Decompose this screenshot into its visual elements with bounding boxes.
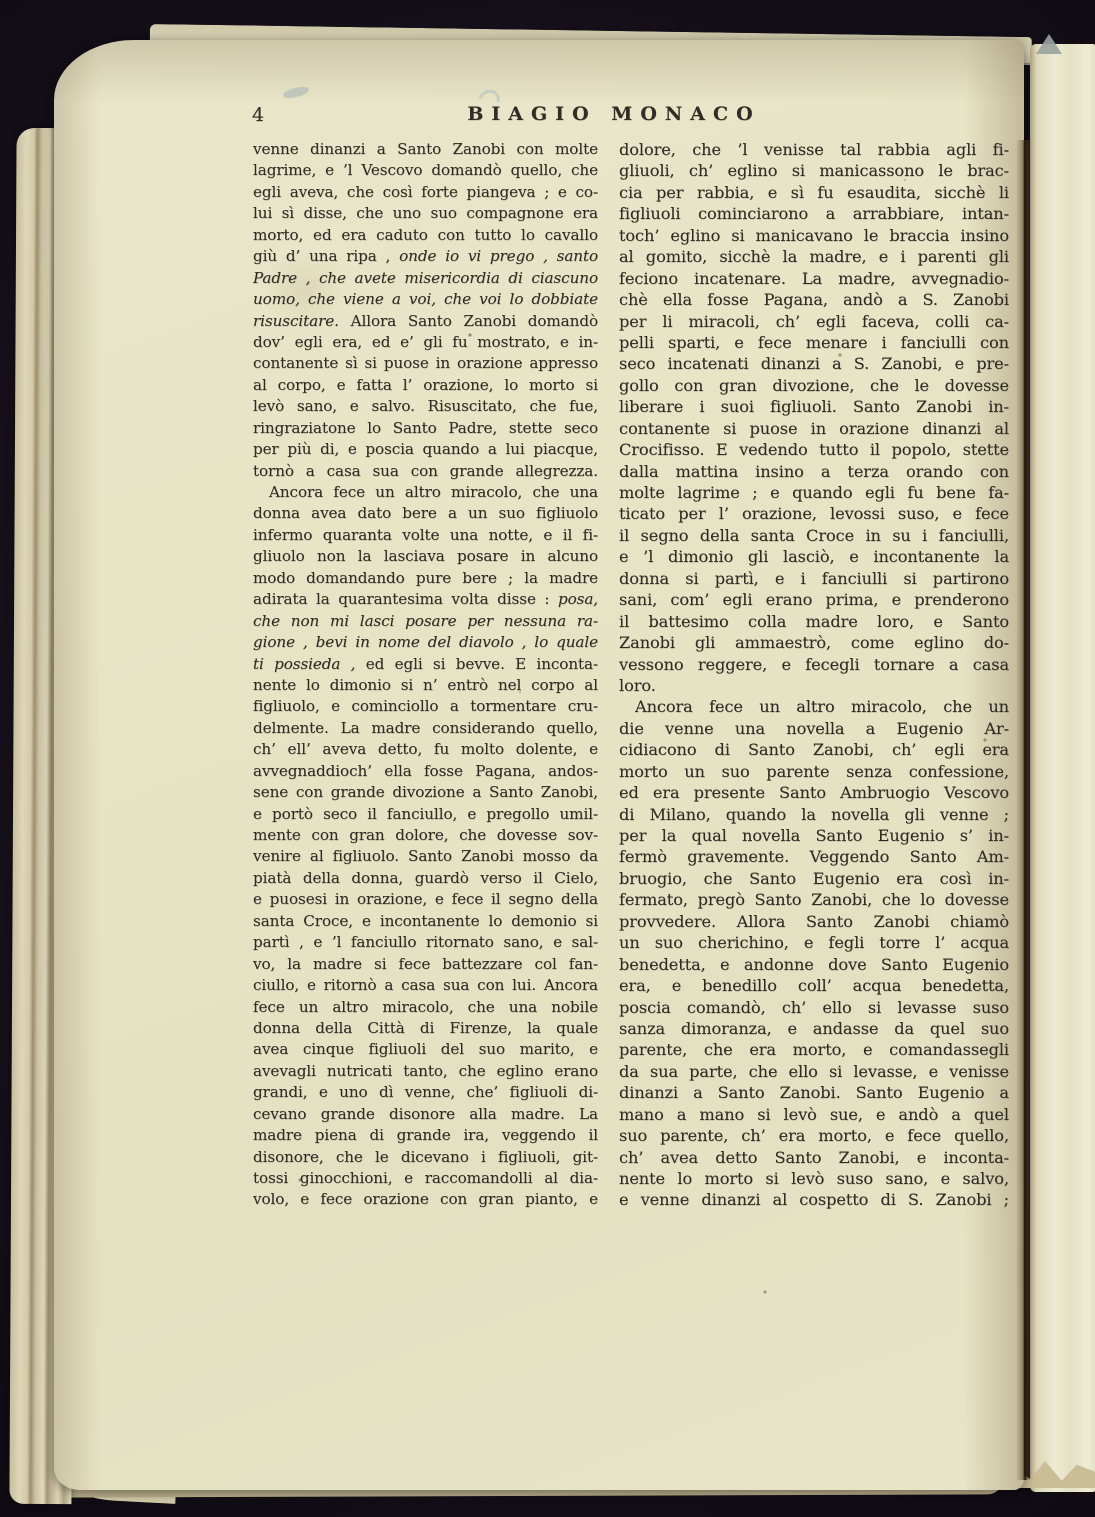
text-line: sanza dimoranza, e andasse da quel suo xyxy=(619,1018,1009,1039)
text-line: ed era presente Santo Ambruogio Vescovo xyxy=(619,782,1009,803)
text-line: provvedere. Allora Santo Zanobi chiamò xyxy=(619,911,1009,932)
text-line: sani, com’ egli erano prima, e prenderon… xyxy=(619,589,1009,610)
text-line: gliuoli, ch’ eglino si manicassono le br… xyxy=(619,160,1009,181)
text-line: nente lo dimonio si n’ entrò nel corpo a… xyxy=(253,675,598,696)
text-line: toch’ eglino si manicavano le braccia in… xyxy=(619,225,1009,246)
text-line: disonore, che le dicevano i figliuoli, g… xyxy=(253,1147,598,1168)
text-line: Crocifisso. E vedendo tutto il popolo, s… xyxy=(619,439,1009,460)
text-line: Ancora fece un altro miracolo, che una xyxy=(253,482,598,503)
text-line: al gomito, sicchè la madre, e i parenti … xyxy=(619,246,1009,267)
text-line: risuscitare. Allora Santo Zanobi domandò xyxy=(253,311,598,332)
text-line: Ancora fece un altro miracolo, che un xyxy=(619,696,1009,717)
text-line: di Milano, quando la novella gli venne ; xyxy=(619,804,1009,825)
text-line: benedetta, e andonne dove Santo Eugenio xyxy=(619,954,1009,975)
text-line: sene con grande divozione a Santo Zanobi… xyxy=(253,782,598,803)
text-line: figliuolo, e cominciollo a tormentare cr… xyxy=(253,696,598,717)
text-line: per la qual novella Santo Eugenio s’ in- xyxy=(619,825,1009,846)
text-line: avevagli nutricati tanto, che eglino era… xyxy=(253,1061,598,1082)
text-line: suo parente, ch’ era morto, e fece quell… xyxy=(619,1125,1009,1146)
text-line: dov’ egli era, ed e’ gli fu mostrato, e … xyxy=(253,332,598,353)
text-line: tossi ginocchioni, e raccomandolli al di… xyxy=(253,1168,598,1189)
text-line: madre piena di grande ira, veggendo il xyxy=(253,1125,598,1146)
text-line: gliuolo non la lasciava posare in alcuno xyxy=(253,546,598,567)
text-column-right: dolore, che ’l venisse tal rabbia agli f… xyxy=(619,139,1009,1211)
text-line: loro. xyxy=(619,675,1009,696)
text-line: dinanzi a Santo Zanobi. Santo Eugenio a xyxy=(619,1082,1009,1103)
text-line: il segno della santa Croce in su i fanci… xyxy=(619,525,1009,546)
text-line: poscia comandò, ch’ ello si levasse suso xyxy=(619,997,1009,1018)
text-line: e ’l dimonio gli lasciò, e incontanente … xyxy=(619,546,1009,567)
text-line: volo, e fece orazione con gran pianto, e xyxy=(253,1189,598,1210)
text-line: chè ella fosse Pagana, andò a S. Zanobi xyxy=(619,289,1009,310)
text-line: infermo quaranta volte una notte, e il f… xyxy=(253,525,598,546)
text-line: fermò gravemente. Veggendo Santo Am- xyxy=(619,846,1009,867)
text-line: per li miracoli, ch’ egli faceva, colli … xyxy=(619,311,1009,332)
page-number: 4 xyxy=(252,104,264,126)
text-line: seco incatenati dinanzi a S. Zanobi, e p… xyxy=(619,353,1009,374)
text-line: gollo con gran divozione, che le dovesse xyxy=(619,375,1009,396)
text-line: tornò a casa sua con grande allegrezza. xyxy=(253,461,598,482)
text-line: cevano grande disonore alla madre. La xyxy=(253,1104,598,1125)
text-line: Padre , che avete misericordia di ciascu… xyxy=(253,268,598,289)
text-line: dalla mattina insino a terza orando con xyxy=(619,461,1009,482)
running-header: BIAGIO MONACO xyxy=(264,103,964,125)
text-line: vo, la madre si fece battezzare col fan- xyxy=(253,954,598,975)
text-line: nente lo morto si levò suso sano, e salv… xyxy=(619,1168,1009,1189)
text-line: era, e benedillo coll’ acqua benedetta, xyxy=(619,975,1009,996)
text-line: avvegnaddioch’ ella fosse Pagana, andos- xyxy=(253,761,598,782)
text-line: santa Croce, e incontanente lo demonio s… xyxy=(253,911,598,932)
text-line: ch’ ell’ aveva detto, fu molto dolente, … xyxy=(253,739,598,760)
text-line: feciono incatenare. La madre, avvegnadio… xyxy=(619,268,1009,289)
printed-content: 4 BIAGIO MONACO venne dinanzi a Santo Za… xyxy=(0,0,1095,1517)
text-line: da sua parte, che ello si levasse, e ven… xyxy=(619,1061,1009,1082)
text-column-left: venne dinanzi a Santo Zanobi con moltela… xyxy=(253,139,598,1211)
text-line: grandi, e uno dì venne, che’ figliuoli d… xyxy=(253,1082,598,1103)
text-line: egli aveva, che così forte piangeva ; e … xyxy=(253,182,598,203)
text-line: figliuoli cominciarono a arrabbiare, int… xyxy=(619,203,1009,224)
text-line: ti possieda , ed egli si bevve. E incont… xyxy=(253,654,598,675)
text-line: ringraziatone lo Santo Padre, stette sec… xyxy=(253,418,598,439)
text-line: e venne dinanzi al cospetto di S. Zanobi… xyxy=(619,1189,1009,1210)
text-line: il battesimo colla madre loro, e Santo xyxy=(619,611,1009,632)
text-line: gione , bevi in nome del diavolo , lo qu… xyxy=(253,632,598,653)
text-line: per più di, e poscia quando a lui piacqu… xyxy=(253,439,598,460)
text-line: adirata la quarantesima volta disse : po… xyxy=(253,589,598,610)
text-line: modo domandando pure bere ; la madre xyxy=(253,568,598,589)
text-line: partì , e ’l fanciullo ritornato sano, e… xyxy=(253,932,598,953)
text-line: e portò seco il fanciullo, e pregollo um… xyxy=(253,804,598,825)
text-line: levò sano, e salvo. Risuscitato, che fue… xyxy=(253,396,598,417)
text-line: venire al figliuolo. Santo Zanobi mosso … xyxy=(253,846,598,867)
text-line: morto, ed era caduto con tutto lo cavall… xyxy=(253,225,598,246)
text-line: donna della Città di Firenze, la quale xyxy=(253,1018,598,1039)
text-line: molte lagrime ; e quando egli fu bene fa… xyxy=(619,482,1009,503)
text-line: donna avea dato bere a un suo figliuolo xyxy=(253,503,598,524)
text-line: avea cinque figliuoli del suo marito, e xyxy=(253,1039,598,1060)
text-line: lui sì disse, che uno suo compagnone era xyxy=(253,203,598,224)
text-line: mano a mano si levò sue, e andò a quel xyxy=(619,1104,1009,1125)
text-line: al corpo, e fatta l’ orazione, lo morto … xyxy=(253,375,598,396)
text-line: parente, che era morto, e comandassegli xyxy=(619,1039,1009,1060)
text-line: pelli sparti, e fece menare i fanciulli … xyxy=(619,332,1009,353)
text-line: che non mi lasci posare per nessuna ra- xyxy=(253,611,598,632)
text-line: die venne una novella a Eugenio Ar- xyxy=(619,718,1009,739)
text-line: Zanobi gli ammaestrò, come eglino do- xyxy=(619,632,1009,653)
text-line: e puosesi in orazione, e fece il segno d… xyxy=(253,889,598,910)
text-line: dolore, che ’l venisse tal rabbia agli f… xyxy=(619,139,1009,160)
text-line: cia per rabbia, e sì fu esaudita, sicchè… xyxy=(619,182,1009,203)
text-line: fece un altro miracolo, che una nobile xyxy=(253,997,598,1018)
text-line: ticato per l’ orazione, levossi suso, e … xyxy=(619,503,1009,524)
text-line: delmente. La madre considerando quello, xyxy=(253,718,598,739)
text-line: giù d’ una ripa , onde io vi prego , san… xyxy=(253,246,598,267)
text-line: bruogio, che Santo Eugenio era così in- xyxy=(619,868,1009,889)
text-line: ciullo, e ritornò a casa sua con lui. An… xyxy=(253,975,598,996)
text-line: morto un suo parente senza confessione, xyxy=(619,761,1009,782)
text-line: lagrime, e ’l Vescovo domandò quello, ch… xyxy=(253,160,598,181)
text-line: liberare i suoi figliuoli. Santo Zanobi … xyxy=(619,396,1009,417)
text-line: uomo, che viene a voi, che voi lo dobbia… xyxy=(253,289,598,310)
text-line: contanente sì si puose in orazione appre… xyxy=(253,353,598,374)
text-line: donna si partì, e i fanciulli si partiro… xyxy=(619,568,1009,589)
text-line: ch’ avea detto Santo Zanobi, e inconta- xyxy=(619,1147,1009,1168)
text-line: cidiacono di Santo Zanobi, ch’ egli era xyxy=(619,739,1009,760)
text-line: un suo cherichino, e fegli torre l’ acqu… xyxy=(619,932,1009,953)
text-line: piatà della donna, guardò verso il Cielo… xyxy=(253,868,598,889)
text-line: vessono reggere, e fecegli tornare a cas… xyxy=(619,654,1009,675)
text-line: mente con gran dolore, che dovesse sov- xyxy=(253,825,598,846)
text-line: venne dinanzi a Santo Zanobi con molte xyxy=(253,139,598,160)
text-line: fermato, pregò Santo Zanobi, che lo dove… xyxy=(619,889,1009,910)
text-line: contanente si puose in orazione dinanzi … xyxy=(619,418,1009,439)
